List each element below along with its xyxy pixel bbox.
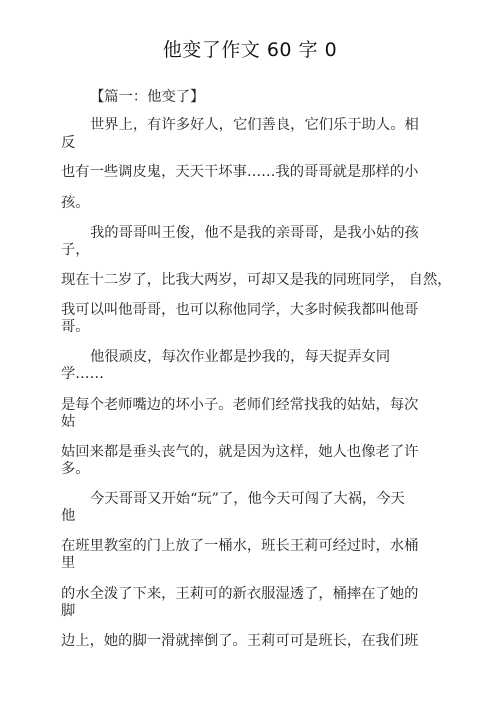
text-line: 也有一些调皮鬼，天天干坏事……我的哥哥就是那样的小: [61, 163, 418, 181]
text-line: 今天哥哥又开始“玩”了，他今天可闯了大祸，今天: [90, 490, 405, 508]
text-line: 边上，她的脚一滑就摔倒了。王莉可可是班长，在我们班: [61, 632, 418, 650]
text-line: 在班里教室的门上放了一桶水，班长王莉可经过时，水桶: [61, 537, 418, 555]
text-line: 世界上，有许多好人，它们善良，它们乐于助人。相: [90, 116, 419, 134]
text-line: 姑: [61, 413, 75, 431]
text-line: 他: [61, 507, 75, 525]
text-line: 反: [61, 134, 75, 152]
text-line: 他很顽皮，每次作业都是抄我的，每天捉弄女同: [90, 348, 390, 366]
text-line: 现在十二岁了，比我大两岁，可却又是我的同班同学， 自然，: [61, 271, 452, 289]
text-line: 多。: [61, 460, 90, 478]
text-line: 孩。: [61, 194, 90, 212]
text-line: 是每个老师嘴边的坏小子。老师们经常找我的姑姑，每次: [61, 396, 418, 414]
document-page: 他变了作文 60 字 0 【篇一：他变了】 世界上，有许多好人，它们善良，它们乐…: [0, 0, 500, 707]
text-line: 学……: [61, 365, 104, 383]
text-line: 哥。: [61, 318, 90, 336]
text-line: 里: [61, 554, 75, 572]
text-line: 我的哥哥叫王俊，他不是我的亲哥哥，是我小姑的孩: [90, 224, 419, 242]
text-line: 子，: [61, 241, 90, 259]
text-line: 脚: [61, 602, 75, 620]
text-line: 我可以叫他哥哥，也可以称他同学，大多时候我都叫他哥: [61, 301, 418, 319]
text-line: 姑回来都是垂头丧气的，就是因为这样，她人也像老了许: [61, 443, 418, 461]
text-line: 的水全泼了下来，王莉可的新衣服湿透了，桶摔在了她的: [61, 585, 418, 603]
document-title: 他变了作文 60 字 0: [0, 38, 500, 62]
section-heading: 【篇一：他变了】: [90, 88, 204, 106]
